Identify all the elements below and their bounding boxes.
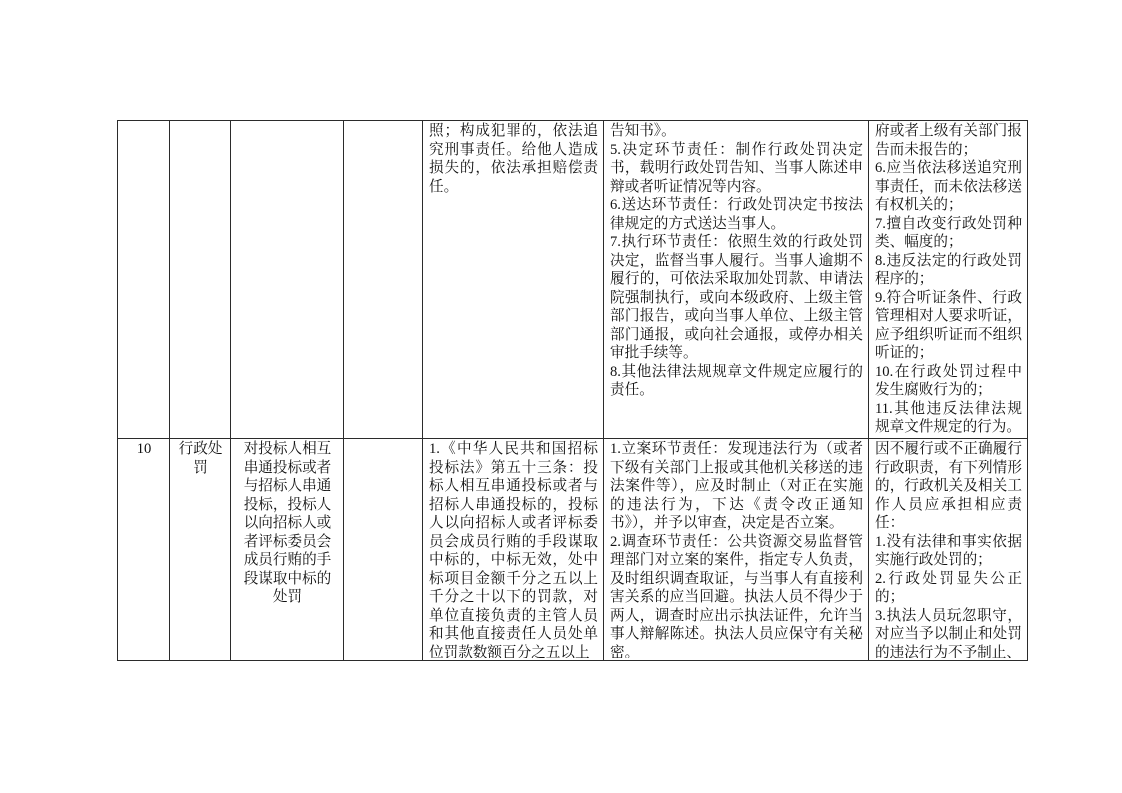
cell-legal-basis: 照；构成犯罪的，依法追究刑事责任。给他人造成损失的，依法承担赔偿责任。 bbox=[423, 121, 604, 439]
cell-empty-column bbox=[344, 439, 423, 661]
cell-duties: 告知书》。 5.决定环节责任：制作行政处罚决定书，载明行政处罚告知、当事人陈述申… bbox=[604, 121, 869, 439]
table-row-item-10: 10 行政处罚 对投标人相互串通投标或者与招标人串通投标，投标人以向招标人或者评… bbox=[118, 439, 1028, 661]
cell-empty-column bbox=[344, 121, 423, 439]
duties-text: 告知书》。 5.决定环节责任：制作行政处罚决定书，载明行政处罚告知、当事人陈述申… bbox=[610, 122, 863, 400]
cell-duties: 1.立案环节责任：发现违法行为（或者下级有关部门上报或其他机关移送的违法案件等）… bbox=[604, 439, 869, 661]
legal-basis-text: 1.《中华人民共和国招标投标法》第五十三条：投标人相互串通投标或者与招标人串通投… bbox=[429, 440, 598, 658]
legal-basis-text: 照；构成犯罪的，依法追究刑事责任。给他人造成损失的，依法承担赔偿责任。 bbox=[429, 122, 598, 196]
cell-accountability: 府或者上级有关部门报告而未报告的； 6.应当依法移送追究刑事责任，而未依法移送有… bbox=[869, 121, 1028, 439]
table-row-continuation: 照；构成犯罪的，依法追究刑事责任。给他人造成损失的，依法承担赔偿责任。 告知书》… bbox=[118, 121, 1028, 439]
cell-legal-basis: 1.《中华人民共和国招标投标法》第五十三条：投标人相互串通投标或者与招标人串通投… bbox=[423, 439, 604, 661]
document-page: 照；构成犯罪的，依法追究刑事责任。给他人造成损失的，依法承担赔偿责任。 告知书》… bbox=[0, 0, 1122, 793]
accountability-text: 府或者上级有关部门报告而未报告的； 6.应当依法移送追究刑事责任，而未依法移送有… bbox=[875, 122, 1022, 436]
accountability-text: 因不履行或不正确履行行政职责，有下列情形的，行政机关及相关工作人员应承担相应责任… bbox=[875, 440, 1022, 658]
seq-text: 10 bbox=[124, 440, 164, 459]
category-text: 行政处罚 bbox=[176, 440, 225, 477]
cell-accountability: 因不履行或不正确履行行政职责，有下列情形的，行政机关及相关工作人员应承担相应责任… bbox=[869, 439, 1028, 661]
cell-category bbox=[170, 121, 231, 439]
item-text: 对投标人相互串通投标或者与招标人串通投标，投标人以向招标人或者评标委员会成员行贿… bbox=[237, 440, 338, 607]
penalty-responsibility-table: 照；构成犯罪的，依法追究刑事责任。给他人造成损失的，依法承担赔偿责任。 告知书》… bbox=[117, 120, 1028, 661]
cell-seq: 10 bbox=[118, 439, 170, 661]
duties-text: 1.立案环节责任：发现违法行为（或者下级有关部门上报或其他机关移送的违法案件等）… bbox=[610, 440, 863, 658]
cell-item-name: 对投标人相互串通投标或者与招标人串通投标，投标人以向招标人或者评标委员会成员行贿… bbox=[231, 439, 344, 661]
cell-category: 行政处罚 bbox=[170, 439, 231, 661]
cell-seq bbox=[118, 121, 170, 439]
cell-item-name bbox=[231, 121, 344, 439]
